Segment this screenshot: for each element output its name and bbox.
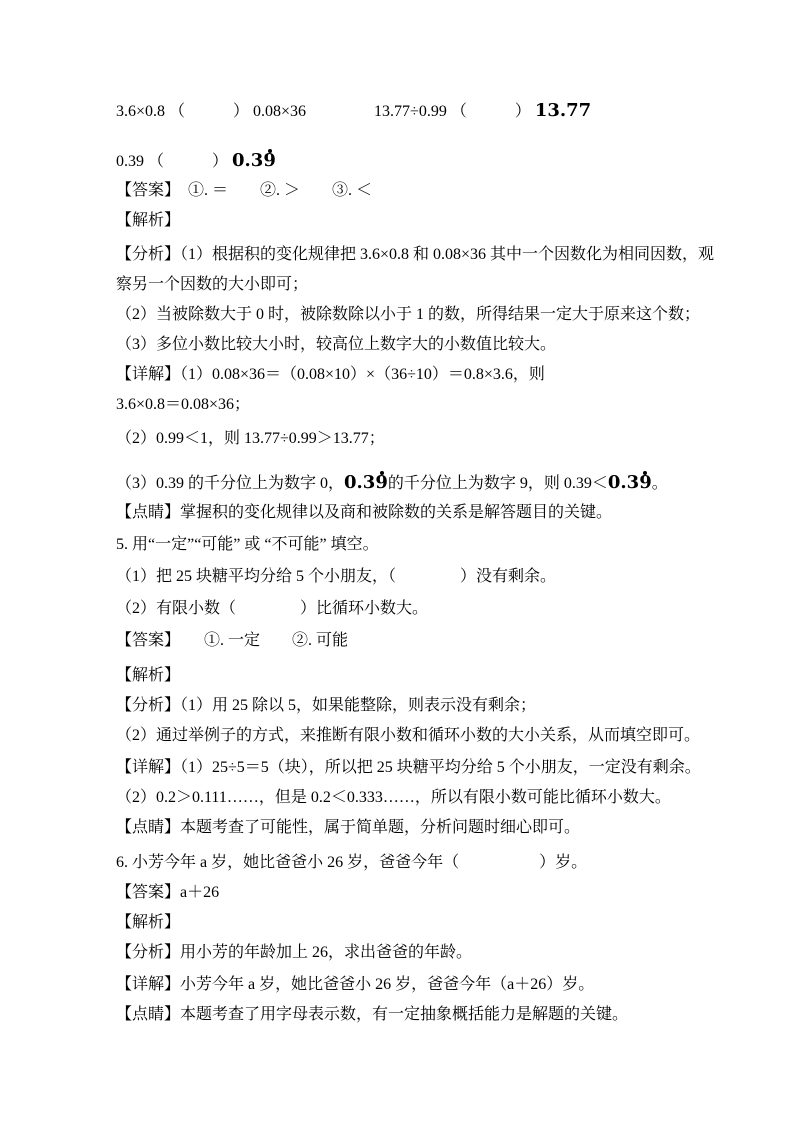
- repeating-digit: 9: [263, 152, 276, 170]
- text-line: （2）0.99＜1，则 13.77÷0.99＞13.77；: [116, 424, 738, 454]
- text-line: 【解析】: [116, 206, 738, 236]
- text-segment: （2）0.99＜1，则 13.77÷0.99＞13.77；: [116, 430, 385, 447]
- text-line: （2）当被除数大于 0 时，被除数除以小于 1 的数，所得结果一定大于原来这个数…: [116, 300, 738, 330]
- repeating-decimal-number: 0.39: [232, 150, 276, 171]
- text-line: 【分析】（1）用 25 除以 5，如果能整除，则表示没有剩余；: [116, 691, 738, 721]
- text-segment: 0.39 （ ）: [116, 153, 232, 170]
- text-segment: 【答案】a＋26: [116, 884, 219, 901]
- text-segment: 【详解】（1）0.08×36＝（0.08×10）×（36÷10）＝0.8×3.6…: [116, 366, 545, 383]
- text-segment: 【解析】: [116, 914, 180, 931]
- document-body: 3.6×0.8 （ ） 0.08×36 13.77÷0.99 （ ） 13.77…: [116, 96, 738, 1030]
- text-segment: 【分析】（1）根据积的变化规律把 3.6×0.8 和 0.08×36 其中一个因…: [116, 246, 714, 263]
- document-page: 3.6×0.8 （ ） 0.08×36 13.77÷0.99 （ ） 13.77…: [0, 0, 794, 1123]
- repeating-digit: 9: [639, 474, 652, 492]
- text-segment: （2）当被除数大于 0 时，被除数除以小于 1 的数，所得结果一定大于原来这个数…: [116, 306, 700, 323]
- text-segment: 6. 小芳今年 a 岁，她比爸爸小 26 岁，爸爸今年（ ）岁。: [116, 854, 587, 871]
- text-line: 【点睛】掌握积的变化规律以及商和被除数的关系是解答题目的关键。: [116, 498, 738, 528]
- text-line: 察另一个因数的大小即可；: [116, 270, 738, 300]
- text-segment: （2）有限小数（ ）比循环小数大。: [116, 600, 428, 617]
- text-segment: 的千分位上为数字 9，则 0.39＜: [388, 475, 608, 492]
- text-line: 【解析】: [116, 908, 738, 938]
- text-segment: 3.6×0.8＝0.08×36；: [116, 396, 250, 413]
- text-line: （3）多位小数比较大小时，较高位上数字大的小数值比较大。: [116, 330, 738, 360]
- text-line: （2）有限小数（ ）比循环小数大。: [116, 594, 738, 624]
- bold-answer-value: 13.77: [535, 100, 591, 121]
- text-line: （2）通过举例子的方式，来推断有限小数和循环小数的大小关系，从而填空即可。: [116, 721, 738, 751]
- text-segment: 【点睛】本题考查了可能性，属于简单题，分析问题时细心即可。: [116, 819, 580, 836]
- text-line: 3.6×0.8＝0.08×36；: [116, 390, 738, 420]
- text-segment: （3）0.39 的千分位上为数字 0，: [116, 475, 344, 492]
- text-line: 0.39 （ ） 0.39: [116, 146, 738, 176]
- repeating-decimal-number: 0.39: [608, 472, 652, 493]
- text-line: 5. 用“一定”“可能” 或 “不可能” 填空。: [116, 530, 738, 560]
- text-segment: 【点睛】本题考查了用字母表示数，有一定抽象概括能力是解题的关键。: [116, 1006, 628, 1023]
- text-segment: 【答案】 ①. 一定 ②. 可能: [116, 632, 348, 649]
- text-segment: （3）多位小数比较大小时，较高位上数字大的小数值比较大。: [116, 336, 556, 353]
- repeating-digit: 9: [375, 474, 388, 492]
- text-line: 【详解】（1）25÷5＝5（块），所以把 25 块糖平均分给 5 个小朋友，一定…: [116, 753, 738, 783]
- text-line: 【答案】 ①. ＝ ②. ＞ ③. ＜: [116, 176, 738, 206]
- text-segment: （2）0.2＞0.111……，但是 0.2＜0.333……，所以有限小数可能比循…: [116, 789, 671, 806]
- text-line: （2）0.2＞0.111……，但是 0.2＜0.333……，所以有限小数可能比循…: [116, 783, 738, 813]
- repeating-decimal-number: 0.39: [344, 472, 388, 493]
- text-segment: 【分析】（1）用 25 除以 5，如果能整除，则表示没有剩余；: [116, 697, 536, 714]
- text-segment: （1）把 25 块糖平均分给 5 个小朋友，（ ）没有剩余。: [116, 568, 556, 585]
- text-line: 【答案】 ①. 一定 ②. 可能: [116, 626, 738, 656]
- text-segment: 察另一个因数的大小即可；: [116, 276, 308, 293]
- text-line: 【解析】: [116, 661, 738, 691]
- text-line: 【详解】小芳今年 a 岁，她比爸爸小 26 岁，爸爸今年（a＋26）岁。: [116, 970, 738, 1000]
- text-segment: 【点睛】掌握积的变化规律以及商和被除数的关系是解答题目的关键。: [116, 504, 612, 521]
- text-line: 3.6×0.8 （ ） 0.08×36 13.77÷0.99 （ ） 13.77: [116, 96, 738, 126]
- text-segment: （2）通过举例子的方式，来推断有限小数和循环小数的大小关系，从而填空即可。: [116, 727, 700, 744]
- text-segment: 【答案】 ①. ＝ ②. ＞ ③. ＜: [116, 182, 372, 199]
- text-segment: 【详解】（1）25÷5＝5（块），所以把 25 块糖平均分给 5 个小朋友，一定…: [116, 759, 701, 776]
- text-line: 【点睛】本题考查了用字母表示数，有一定抽象概括能力是解题的关键。: [116, 1000, 738, 1030]
- text-line: 【点睛】本题考查了可能性，属于简单题，分析问题时细心即可。: [116, 813, 738, 843]
- text-segment: 【解析】: [116, 667, 180, 684]
- text-line: 【详解】（1）0.08×36＝（0.08×10）×（36÷10）＝0.8×3.6…: [116, 360, 738, 390]
- text-segment: 【分析】用小芳的年龄加上 26，求出爸爸的年龄。: [116, 944, 472, 961]
- text-segment: 【详解】小芳今年 a 岁，她比爸爸小 26 岁，爸爸今年（a＋26）岁。: [116, 976, 594, 993]
- text-line: 【分析】（1）根据积的变化规律把 3.6×0.8 和 0.08×36 其中一个因…: [116, 240, 738, 270]
- text-segment: 【解析】: [116, 212, 180, 229]
- text-segment: 3.6×0.8 （ ） 0.08×36 13.77÷0.99 （ ）: [116, 103, 535, 120]
- text-line: （3）0.39 的千分位上为数字 0，0.39的千分位上为数字 9，则 0.39…: [116, 468, 738, 498]
- text-segment: 5. 用“一定”“可能” 或 “不可能” 填空。: [116, 536, 379, 553]
- text-line: 【分析】用小芳的年龄加上 26，求出爸爸的年龄。: [116, 938, 738, 968]
- text-line: 6. 小芳今年 a 岁，她比爸爸小 26 岁，爸爸今年（ ）岁。: [116, 848, 738, 878]
- text-line: （1）把 25 块糖平均分给 5 个小朋友，（ ）没有剩余。: [116, 562, 738, 592]
- text-line: 【答案】a＋26: [116, 878, 738, 908]
- text-segment: 。: [652, 475, 668, 492]
